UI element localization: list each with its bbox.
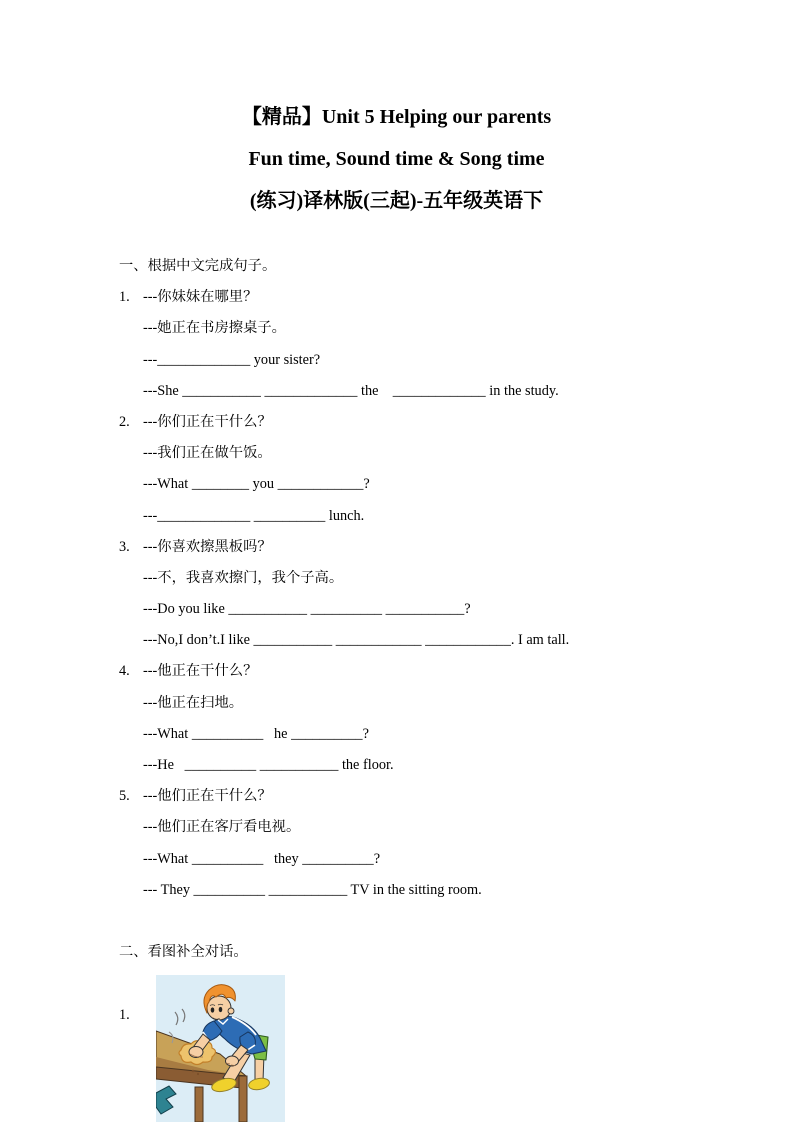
item-blank-line: ---_____________ __________ lunch. — [119, 501, 793, 532]
boy-wiping-table-illustration — [156, 975, 285, 1122]
item-answer-cn: ---她正在书房擦桌子。 — [119, 313, 793, 344]
figure-number: 1. — [119, 1000, 130, 1031]
item-blank-line: ---He __________ ___________ the floor. — [119, 750, 793, 781]
section1-heading: 一、根据中文完成句子。 — [119, 251, 793, 282]
item-blank-line: ---Do you like ___________ __________ __… — [119, 594, 793, 625]
figure-row: 1. — [119, 975, 793, 1122]
item-question-cn: ---他们正在干什么？ — [143, 781, 272, 812]
item-blank-line: ---What __________ they __________? — [119, 844, 793, 875]
exercise-item-3: 3. ---你喜欢擦黑板吗？ ---不，我喜欢擦门，我个子高。 ---Do yo… — [119, 532, 793, 657]
item-number: 1. — [119, 282, 143, 313]
item-question-cn: ---他正在干什么？ — [143, 656, 257, 687]
item-question-cn: ---你喜欢擦黑板吗？ — [143, 532, 272, 563]
item-answer-cn: ---我们正在做午饭。 — [119, 438, 793, 469]
item-answer-cn: ---他们正在客厅看电视。 — [119, 812, 793, 843]
worksheet-title-line3: (练习)译林版(三起)-五年级英语下 — [0, 180, 793, 222]
worksheet-content: 一、根据中文完成句子。 1. ---你妹妹在哪里？ ---她正在书房擦桌子。 -… — [0, 251, 793, 1122]
exercise-item-1: 1. ---你妹妹在哪里？ ---她正在书房擦桌子。 ---__________… — [119, 282, 793, 407]
worksheet-title-line1: 【精品】Unit 5 Helping our parents — [0, 96, 793, 138]
item-blank-line: ---She ___________ _____________ the ___… — [119, 376, 793, 407]
item-blank-line: ---_____________ your sister? — [119, 345, 793, 376]
item-number: 3. — [119, 532, 143, 563]
worksheet-page: 【精品】Unit 5 Helping our parents Fun time,… — [0, 0, 793, 1122]
item-question-cn: ---你妹妹在哪里？ — [143, 282, 257, 313]
item-number: 4. — [119, 656, 143, 687]
item-answer-cn: ---他正在扫地。 — [119, 688, 793, 719]
exercise-item-4: 4. ---他正在干什么？ ---他正在扫地。 ---What ________… — [119, 656, 793, 781]
item-blank-line: --- They __________ ___________ TV in th… — [119, 875, 793, 906]
item-blank-line: ---What ________ you ____________? — [119, 469, 793, 500]
worksheet-title-line2: Fun time, Sound time & Song time — [0, 138, 793, 180]
item-number: 5. — [119, 781, 143, 812]
exercise-item-2: 2. ---你们正在干什么？ ---我们正在做午饭。 ---What _____… — [119, 407, 793, 532]
item-blank-line: ---No,I don’t.I like ___________ _______… — [119, 625, 793, 656]
title-block: 【精品】Unit 5 Helping our parents Fun time,… — [0, 0, 793, 222]
section2-heading: 二、看图补全对话。 — [119, 937, 793, 968]
item-answer-cn: ---不，我喜欢擦门，我个子高。 — [119, 563, 793, 594]
item-number: 2. — [119, 407, 143, 438]
item-blank-line: ---What __________ he __________? — [119, 719, 793, 750]
exercise-item-5: 5. ---他们正在干什么？ ---他们正在客厅看电视。 ---What ___… — [119, 781, 793, 906]
item-question-cn: ---你们正在干什么？ — [143, 407, 272, 438]
